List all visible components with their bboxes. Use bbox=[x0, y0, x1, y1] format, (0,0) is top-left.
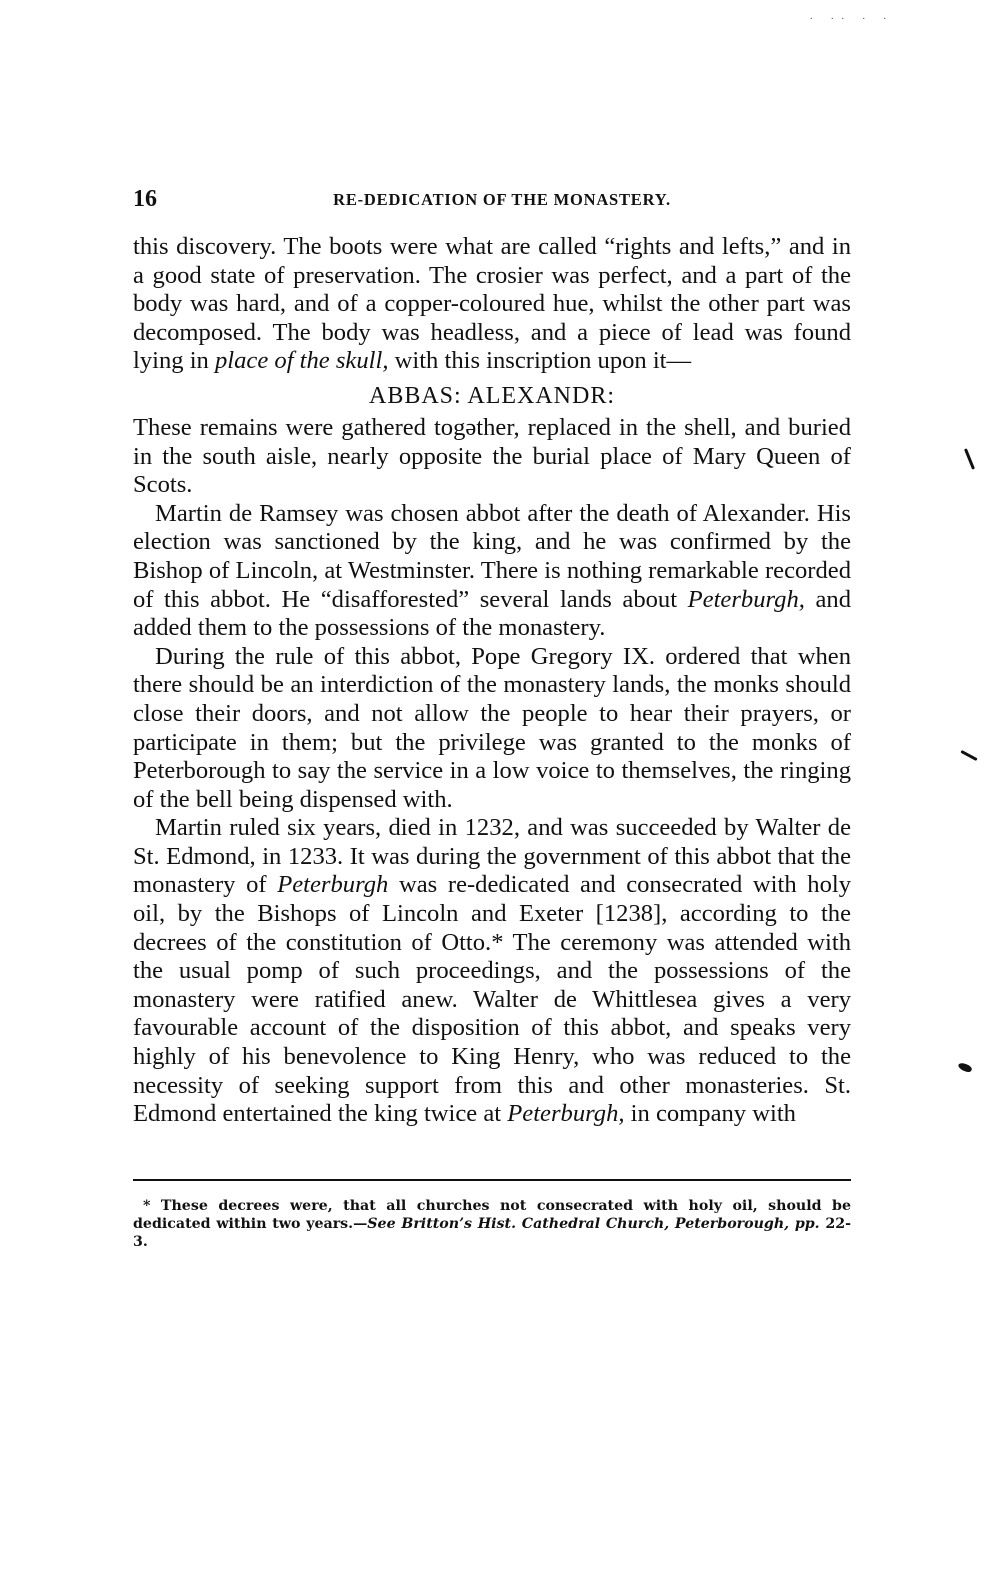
italic-place-name: Peterburgh, bbox=[688, 586, 805, 613]
text-run: with this inscription upon it— bbox=[388, 347, 691, 374]
paragraph: During the rule of this abbot, Pope Greg… bbox=[133, 643, 851, 815]
paragraph-continued: this discovery. The boots were what are … bbox=[133, 233, 851, 376]
book-page: 16 RE-DEDICATION OF THE MONASTERY. this … bbox=[133, 184, 851, 1251]
running-head: 16 RE-DEDICATION OF THE MONASTERY. bbox=[133, 184, 851, 214]
margin-pencil-mark bbox=[957, 1062, 973, 1073]
paragraph: Martin ruled six years, died in 1232, an… bbox=[133, 814, 851, 1129]
body-text: this discovery. The boots were what are … bbox=[133, 233, 851, 1129]
paragraph: Martin de Ramsey was chosen abbot after … bbox=[133, 500, 851, 643]
footnote-rule bbox=[133, 1179, 851, 1181]
margin-pencil-mark bbox=[964, 448, 975, 470]
margin-pencil-mark bbox=[960, 750, 977, 761]
running-title: RE-DEDICATION OF THE MONASTERY. bbox=[133, 188, 851, 212]
footnote-text: * These decrees were, that all churches … bbox=[133, 1197, 851, 1251]
text-run: was re-dedicated and consecrated with ho… bbox=[133, 871, 851, 1127]
italic-place-name: Peterburgh bbox=[277, 871, 388, 898]
footnote: * These decrees were, that all churches … bbox=[133, 1197, 851, 1251]
scan-artifact-specks: . .. . . bbox=[810, 12, 894, 22]
italic-citation: See Britton’s Hist. Cathedral Church, Pe… bbox=[367, 1216, 819, 1232]
paragraph: These remains were gathered togəther, re… bbox=[133, 414, 851, 500]
inscription: ABBAS: ALEXANDR: bbox=[133, 380, 851, 412]
text-run: in company with bbox=[625, 1100, 796, 1127]
italic-place-name: Peterburgh, bbox=[507, 1100, 624, 1127]
italic-phrase: place of the skull, bbox=[215, 347, 388, 374]
